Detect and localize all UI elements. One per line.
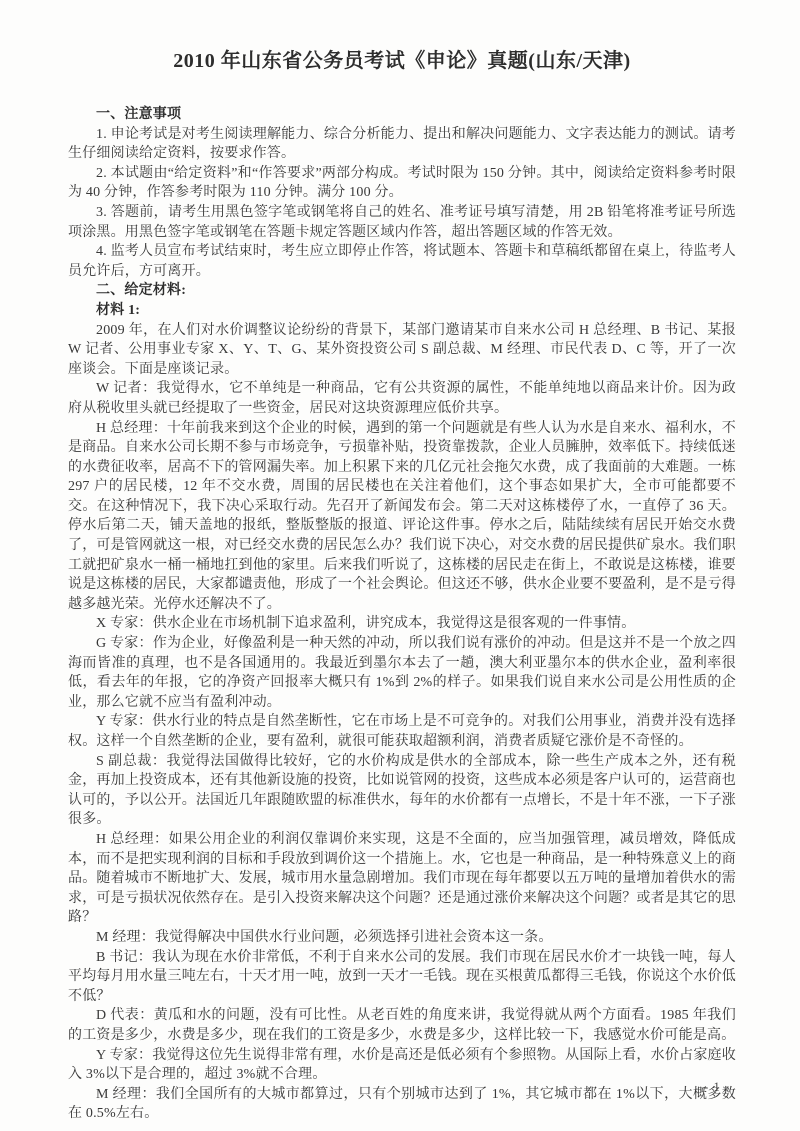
notice-section: 一、注意事项 1. 申论考试是对考生阅读理解能力、综合分析能力、提出和解决问题能… bbox=[68, 105, 736, 281]
materials-section: 二、给定材料: 材料 1: 2009 年，在人们对水价调整议论纷纷的背景下，某部… bbox=[68, 281, 736, 1124]
notice-item-1: 1. 申论考试是对考生阅读理解能力、综合分析能力、提出和解决问题能力、文字表达能… bbox=[68, 125, 736, 164]
dialogue-paragraph: M 经理：我觉得解决中国供水行业问题，必须选择引进社会资本这一条。 bbox=[68, 928, 736, 948]
speaker-name: G 专家： bbox=[96, 636, 153, 651]
speech-text: 作为企业，好像盈利是一种天然的冲动，所以我们说有涨价的冲动。但是这并不是一个放之… bbox=[68, 636, 736, 710]
document-title: 2010 年山东省公务员考试《申论》真题(山东/天津) bbox=[68, 48, 736, 75]
speech-text: 我认为现在水价非常低，不利于自来水公司的发展。我们市现在居民水价才一块钱一吨，每… bbox=[68, 950, 736, 1004]
speaker-name: H 总经理： bbox=[96, 832, 169, 847]
dialogue-paragraph: H 总经理：十年前我来到这个企业的时候，遇到的第一个问题就是有些人认为水是自来水… bbox=[68, 419, 736, 615]
material-1-intro: 2009 年，在人们对水价调整议论纷纷的背景下，某部门邀请某市自来水公司 H 总… bbox=[68, 321, 736, 380]
speaker-name: M 经理： bbox=[96, 1087, 156, 1102]
document-page: 2010 年山东省公务员考试《申论》真题(山东/天津) 一、注意事项 1. 申论… bbox=[0, 0, 800, 1131]
notice-item-3: 3. 答题前，请考生用黑色签字笔或钢笔将自己的姓名、准考证号填写清楚，用 2B … bbox=[68, 203, 736, 242]
speaker-name: S 副总裁： bbox=[96, 754, 167, 769]
dialogue-paragraph: X 专家：供水企业在市场机制下追求盈利，讲究成本，我觉得这是很客观的一件事情。 bbox=[68, 614, 736, 634]
speaker-name: X 专家： bbox=[96, 616, 153, 631]
dialogue-paragraph: S 副总裁：我觉得法国做得比较好，它的水价构成是供水的全部成本，除一些生产成本之… bbox=[68, 752, 736, 830]
dialogue-paragraph: Y 专家：供水行业的特点是自然垄断性，它在市场上是不可竞争的。对我们公用事业，消… bbox=[68, 712, 736, 751]
notice-item-4: 4. 监考人员宣布考试结束时，考生应立即停止作答，将试题本、答题卡和草稿纸都留在… bbox=[68, 242, 736, 281]
speech-text: 我觉得这位先生说得非常有理，水价是高还是低必须有个参照物。从国际上看，水价占家庭… bbox=[68, 1048, 736, 1083]
dialogue-paragraph: Y 专家：我觉得这位先生说得非常有理，水价是高还是低必须有个参照物。从国际上看，… bbox=[68, 1046, 736, 1085]
speech-text: 十年前我来到这个企业的时候，遇到的第一个问题就是有些人认为水是自来水、福利水，不… bbox=[68, 421, 736, 612]
speech-text: 我觉得解决中国供水行业问题，必须选择引进社会资本这一条。 bbox=[155, 930, 553, 945]
speaker-name: M 经理： bbox=[96, 930, 155, 945]
speech-text: 我觉得法国做得比较好，它的水价构成是供水的全部成本，除一些生产成本之外，还有税金… bbox=[68, 754, 736, 828]
dialogue-paragraph: H 总经理：如果公用企业的利润仅靠调价来实现，这是不全面的，应当加强管理，减员增… bbox=[68, 830, 736, 928]
speaker-name: B 书记： bbox=[96, 950, 152, 965]
speech-text: 如果公用企业的利润仅靠调价来实现，这是不全面的，应当加强管理，减员增效，降低成本… bbox=[68, 832, 736, 925]
speech-text: 供水企业在市场机制下追求盈利，讲究成本，我觉得这是很客观的一件事情。 bbox=[153, 616, 636, 631]
speaker-name: Y 专家： bbox=[96, 714, 152, 729]
speaker-name: W 记者： bbox=[96, 381, 157, 396]
speaker-name: H 总经理： bbox=[96, 421, 167, 436]
speaker-name: D 代表： bbox=[96, 1008, 154, 1023]
page-number: - 1 - bbox=[704, 1080, 730, 1095]
speech-text: 供水行业的特点是自然垄断性，它在市场上是不可竞争的。对我们公用事业，消费并没有选… bbox=[68, 714, 736, 749]
dialogue-paragraph: D 代表：黄瓜和水的问题，没有可比性。从老百姓的角度来讲，我觉得就从两个方面看。… bbox=[68, 1006, 736, 1045]
speech-text: 我们全国所有的大城市都算过，只有个别城市达到了 1%，其它城市都在 1%以下，大… bbox=[68, 1087, 736, 1122]
notice-heading: 一、注意事项 bbox=[68, 105, 736, 125]
speech-text: 我觉得水，它不单纯是一种商品，它有公共资源的属性，不能单纯地以商品来计价。因为政… bbox=[68, 381, 736, 416]
dialogue-paragraph: G 专家：作为企业，好像盈利是一种天然的冲动，所以我们说有涨价的冲动。但是这并不… bbox=[68, 634, 736, 712]
speech-text: 黄瓜和水的问题，没有可比性。从老百姓的角度来讲，我觉得就从两个方面看。1985 … bbox=[68, 1008, 736, 1043]
dialogue-paragraph: B 书记：我认为现在水价非常低，不利于自来水公司的发展。我们市现在居民水价才一块… bbox=[68, 948, 736, 1007]
notice-item-2: 2. 本试题由“给定资料”和“作答要求”两部分构成。考试时限为 150 分钟。其… bbox=[68, 164, 736, 203]
materials-heading: 二、给定材料: bbox=[68, 281, 736, 301]
dialogue-paragraph: M 经理：我们全国所有的大城市都算过，只有个别城市达到了 1%，其它城市都在 1… bbox=[68, 1085, 736, 1124]
speaker-name: Y 专家： bbox=[96, 1048, 152, 1063]
dialogue-paragraph: W 记者：我觉得水，它不单纯是一种商品，它有公共资源的属性，不能单纯地以商品来计… bbox=[68, 379, 736, 418]
material-1-label: 材料 1: bbox=[68, 301, 736, 321]
